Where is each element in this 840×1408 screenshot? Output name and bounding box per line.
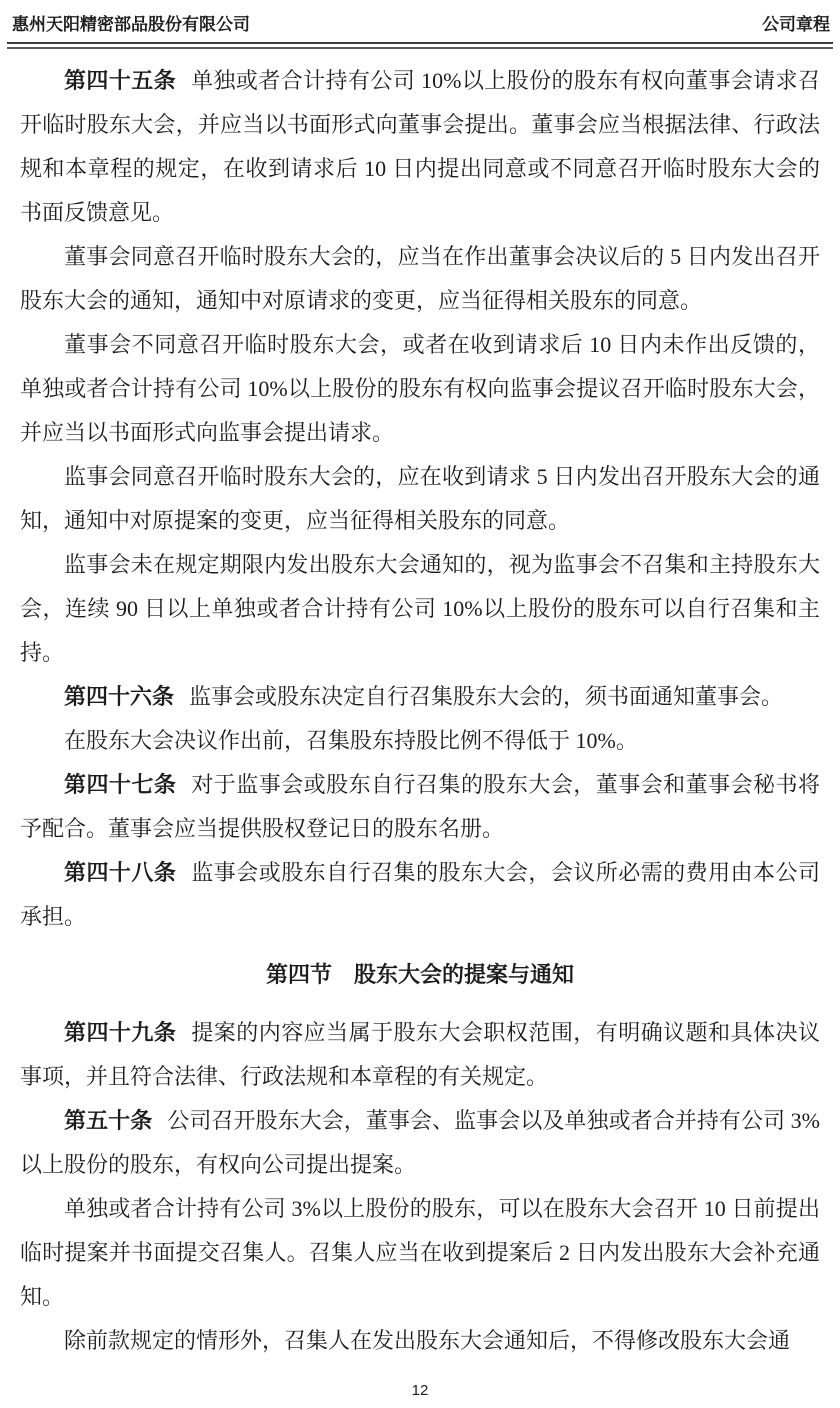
paragraph-article-45: 第四十五条单独或者合计持有公司 10%以上股份的股东有权向董事会请求召开临时股东…	[20, 59, 820, 235]
paragraph-text: 除前款规定的情形外，召集人在发出股东大会通知后，不得修改股东大会通	[64, 1328, 790, 1353]
section-heading: 第四节 股东大会的提案与通知	[20, 953, 820, 997]
paragraph: 单独或者合计持有公司 3%以上股份的股东，可以在股东大会召开 10 日前提出临时…	[20, 1187, 820, 1319]
header-divider	[7, 42, 833, 49]
paragraph-text: 单独或者合计持有公司 3%以上股份的股东，可以在股东大会召开 10 日前提出临时…	[20, 1196, 820, 1309]
article-number: 第四十七条	[64, 772, 191, 797]
document-body: 第四十五条单独或者合计持有公司 10%以上股份的股东有权向董事会请求召开临时股东…	[0, 49, 840, 1363]
paragraph-text: 监事会或股东决定自行召集股东大会的，须书面通知董事会。	[189, 684, 783, 709]
paragraph-article-50: 第五十条公司召开股东大会，董事会、监事会以及单独或者合并持有公司 3%以上股份的…	[20, 1099, 820, 1187]
page-number: 12	[0, 1382, 840, 1399]
page-header: 惠州天阳精密部品股份有限公司 公司章程	[0, 0, 840, 42]
paragraph: 除前款规定的情形外，召集人在发出股东大会通知后，不得修改股东大会通	[20, 1319, 820, 1363]
paragraph: 监事会未在规定期限内发出股东大会通知的，视为监事会不召集和主持股东大会，连续 9…	[20, 543, 820, 675]
paragraph-text: 董事会同意召开临时股东大会的，应当在作出董事会决议后的 5 日内发出召开股东大会…	[20, 244, 820, 313]
paragraph-text: 董事会不同意召开临时股东大会，或者在收到请求后 10 日内未作出反馈的，单独或者…	[20, 332, 820, 445]
article-number: 第五十条	[64, 1108, 167, 1133]
article-number: 第四十五条	[64, 68, 191, 93]
paragraph: 在股东大会决议作出前，召集股东持股比例不得低于 10%。	[20, 719, 820, 763]
article-number: 第四十九条	[64, 1020, 191, 1045]
article-number: 第四十八条	[64, 860, 191, 885]
paragraph: 董事会不同意召开临时股东大会，或者在收到请求后 10 日内未作出反馈的，单独或者…	[20, 323, 820, 455]
paragraph: 监事会同意召开临时股东大会的，应在收到请求 5 日内发出召开股东大会的通知，通知…	[20, 455, 820, 543]
paragraph-article-48: 第四十八条监事会或股东自行召集的股东大会，会议所必需的费用由本公司承担。	[20, 851, 820, 939]
paragraph-text: 监事会同意召开临时股东大会的，应在收到请求 5 日内发出召开股东大会的通知，通知…	[20, 464, 820, 533]
header-company-name: 惠州天阳精密部品股份有限公司	[12, 13, 250, 37]
article-number: 第四十六条	[64, 684, 189, 709]
paragraph-article-47: 第四十七条对于监事会或股东自行召集的股东大会，董事会和董事会秘书将予配合。董事会…	[20, 763, 820, 851]
paragraph-text: 在股东大会决议作出前，召集股东持股比例不得低于 10%。	[64, 728, 638, 753]
paragraph-text: 监事会未在规定期限内发出股东大会通知的，视为监事会不召集和主持股东大会，连续 9…	[20, 552, 820, 665]
paragraph-article-49: 第四十九条提案的内容应当属于股东大会职权范围，有明确议题和具体决议事项，并且符合…	[20, 1011, 820, 1099]
header-doc-title: 公司章程	[762, 13, 830, 37]
paragraph-article-46: 第四十六条监事会或股东决定自行召集股东大会的，须书面通知董事会。	[20, 675, 820, 719]
document-page: 惠州天阳精密部品股份有限公司 公司章程 第四十五条单独或者合计持有公司 10%以…	[0, 0, 840, 1408]
paragraph: 董事会同意召开临时股东大会的，应当在作出董事会决议后的 5 日内发出召开股东大会…	[20, 235, 820, 323]
